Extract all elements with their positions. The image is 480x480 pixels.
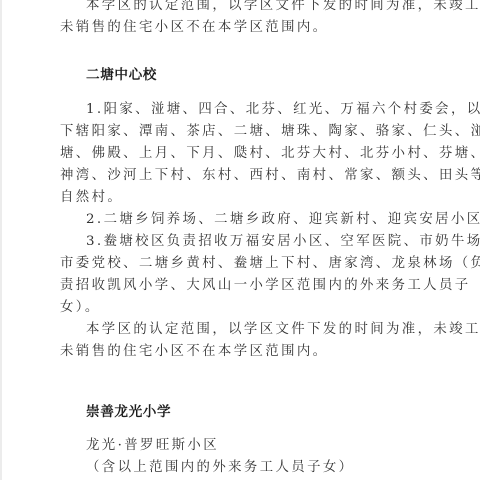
section-item-line: 女）。 — [60, 300, 101, 316]
section-item-line: 神湾、沙河上下村、东村、西村、南村、常家、额头、田头等 — [60, 168, 480, 184]
section-title-ertang: 二塘中心校 — [86, 67, 157, 83]
section-line: （含以上范围内的外来务工人员子女） — [86, 460, 354, 476]
closing-paragraph-line: 本学区的认定范围，以学区文件下发的时间为准，未竣工、 — [86, 322, 480, 338]
section-item-line: 责招收凯风小学、大风山一小学区范围内的外来务工人员子 — [60, 278, 471, 294]
section-item-line: 3.鲞塘校区负责招收万福安居小区、空军医院、市奶牛场、 — [86, 234, 480, 250]
section-title-chongshan: 崇善龙光小学 — [86, 404, 171, 420]
section-item-line: 自然村。 — [60, 190, 123, 206]
document-page: 本学区的认定范围，以学区文件下发的时间为准，未竣工、 未销售的住宅小区不在本学区… — [0, 0, 480, 480]
section-item-line: 塘、佛殿、上月、下月、瓞村、北芬大村、北芬小村、芬塘、 — [60, 146, 480, 162]
section-item-line: 2.二塘乡饲养场、二塘乡政府、迎宾新村、迎宾安居小区。 — [86, 212, 480, 228]
closing-paragraph-line: 未销售的住宅小区不在本学区范围内。 — [60, 344, 328, 360]
section-line: 龙光·普罗旺斯小区 — [86, 438, 219, 454]
intro-paragraph-line: 未销售的住宅小区不在本学区范围内。 — [60, 20, 328, 36]
intro-paragraph-line: 本学区的认定范围，以学区文件下发的时间为准，未竣工、 — [86, 0, 480, 14]
section-item-line: 1.阳家、湴塘、四合、北芬、红光、万福六个村委会，以及 — [86, 102, 480, 118]
section-item-line: 下辖阳家、潭南、茶店、二塘、塘珠、陶家、骆家、仁头、湴 — [60, 124, 480, 140]
section-item-line: 市委党校、二塘乡黄村、鲞塘上下村、唐家湾、龙泉林场（负 — [60, 256, 480, 272]
